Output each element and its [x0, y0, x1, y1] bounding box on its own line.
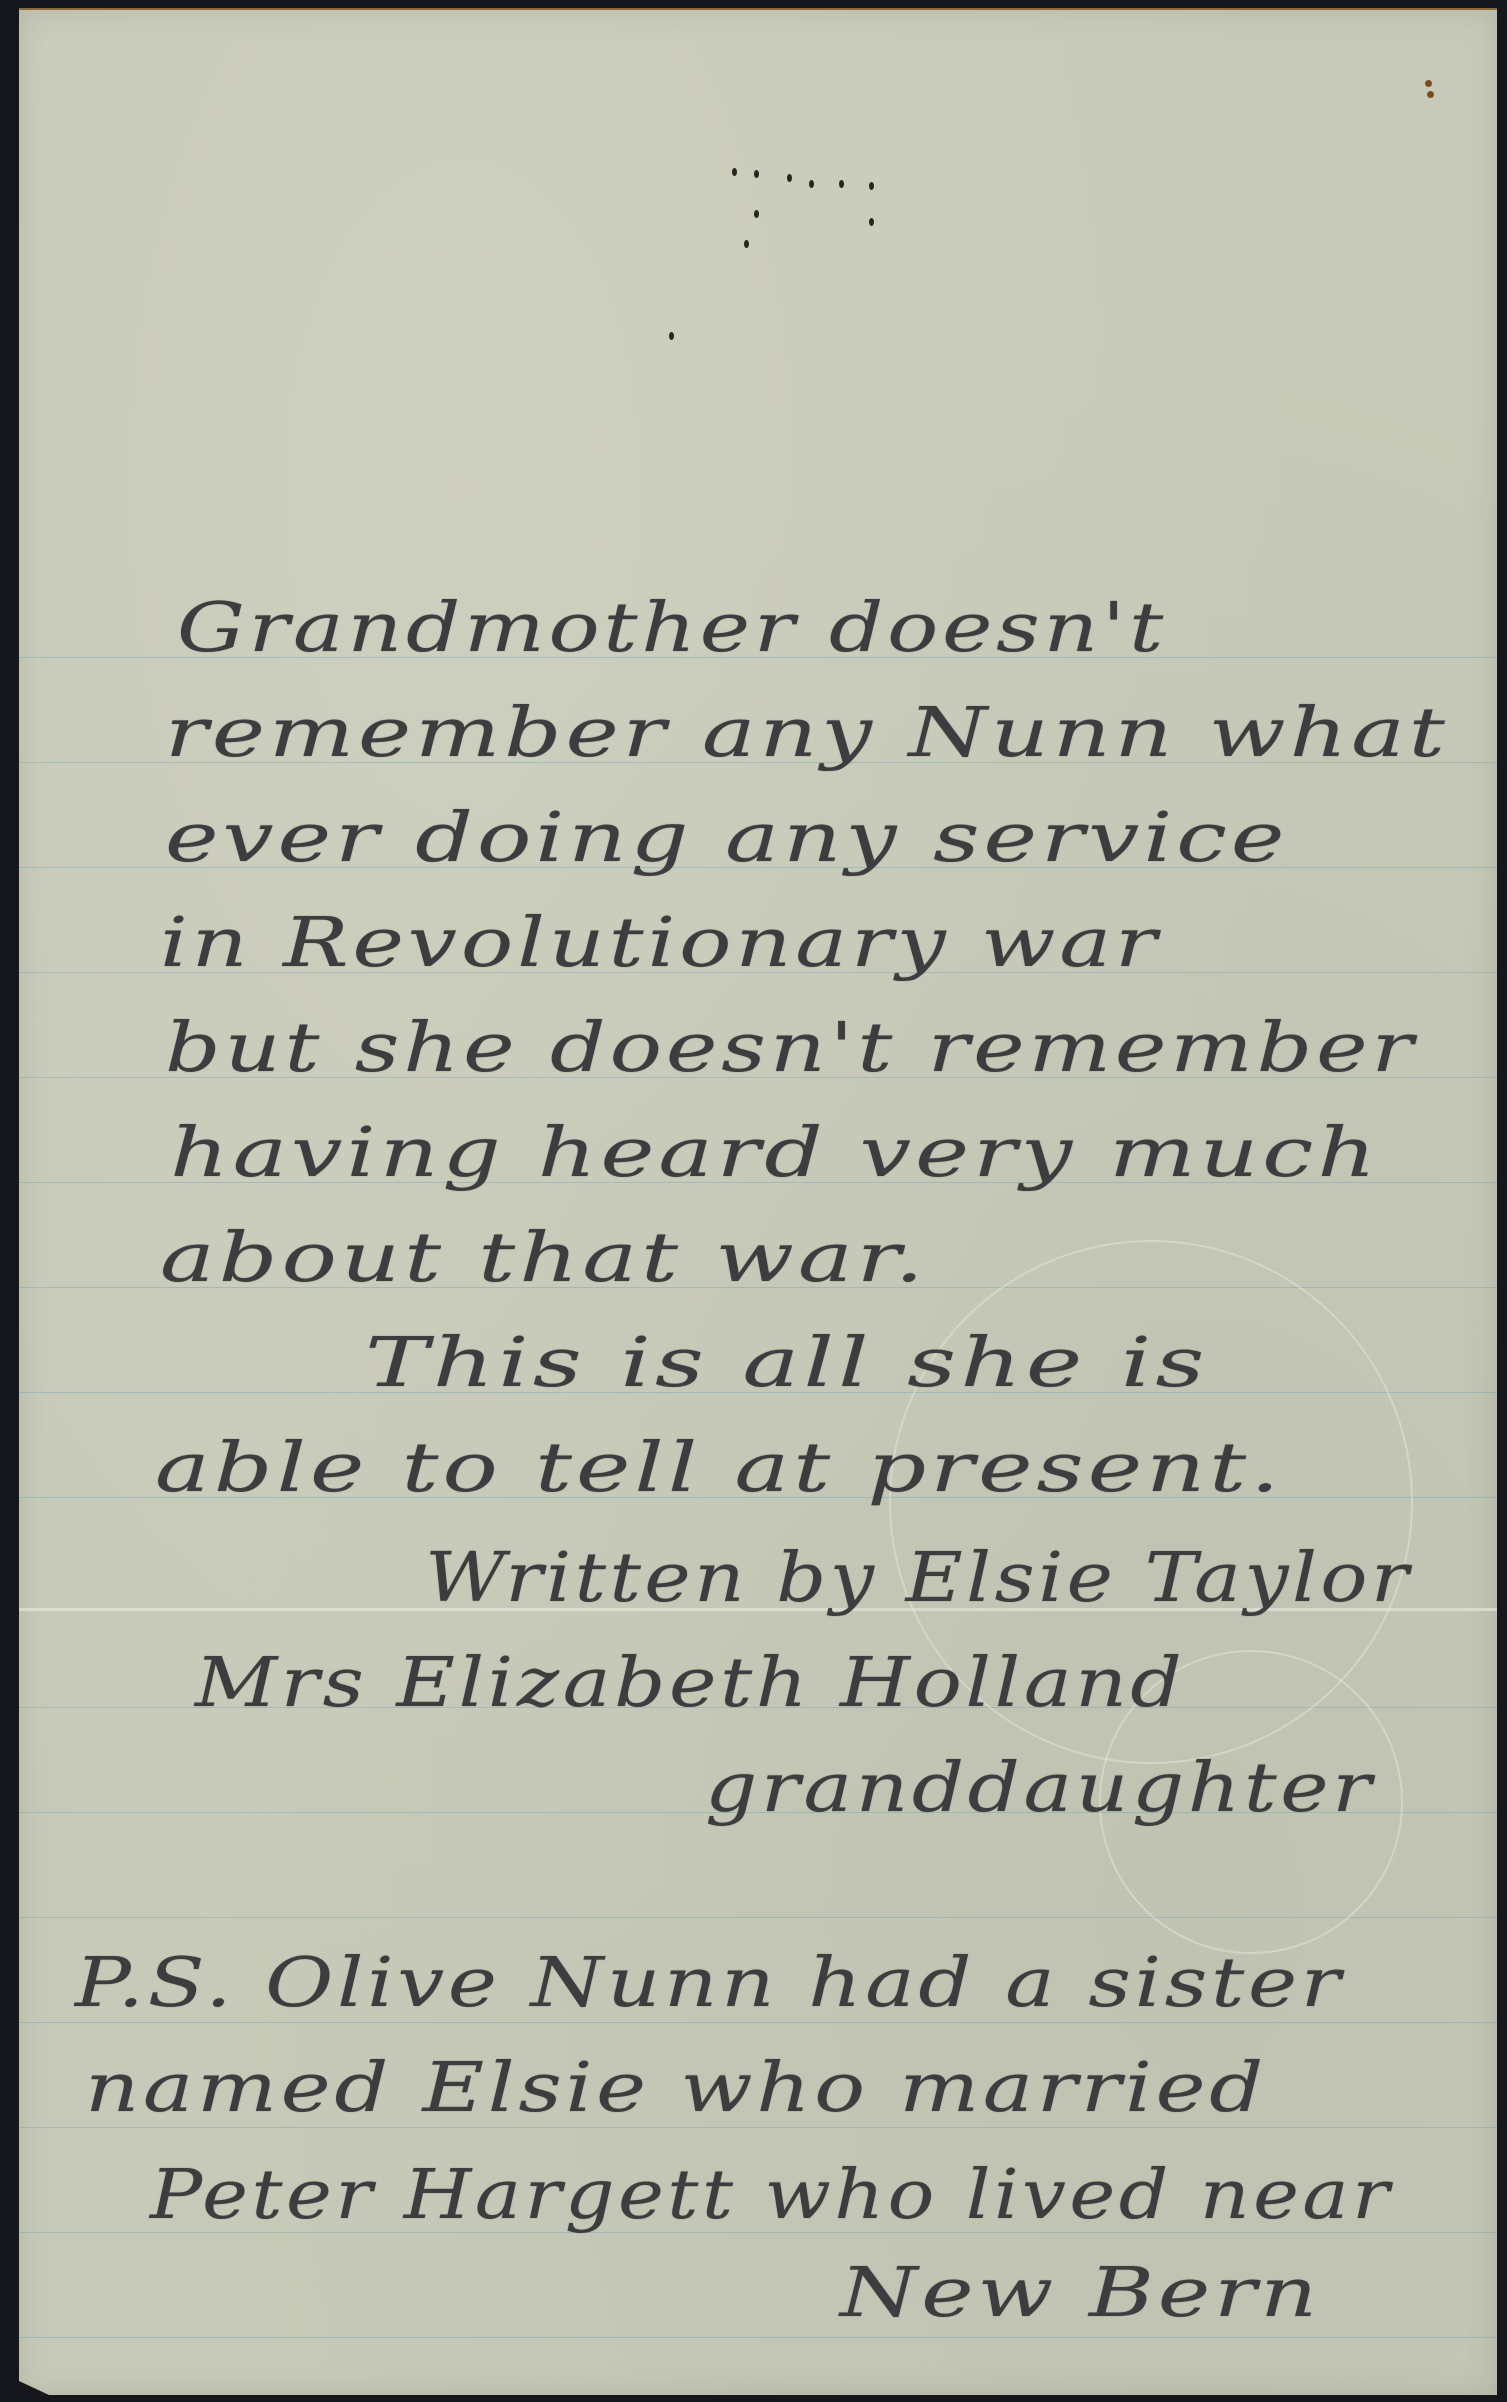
pinhole-mark [787, 174, 792, 182]
letter-line: having heard very much [170, 1120, 1380, 1188]
rust-spot [1425, 80, 1432, 87]
postscript-line: New Bern [840, 2260, 1321, 2328]
relation-name-line: Mrs Elizabeth Holland [195, 1650, 1185, 1718]
pinhole-mark [869, 218, 874, 226]
pinhole-mark [869, 182, 874, 190]
pinhole-mark [669, 332, 674, 340]
relation-line: granddaughter [705, 1755, 1375, 1823]
pinhole-mark [732, 168, 737, 176]
postscript-line: Peter Hargett who lived near [150, 2162, 1393, 2230]
letter-page: Grandmother doesn't remember any Nunn wh… [19, 8, 1497, 2395]
letter-line: ever doing any service [165, 805, 1288, 873]
letter-line: Grandmother doesn't [177, 595, 1167, 663]
rust-spot [1427, 91, 1434, 98]
pinhole-mark [754, 210, 759, 218]
postscript-line: P.S. Olive Nunn had a sister [75, 1950, 1344, 2018]
letter-line: remember any Nunn what [165, 700, 1449, 768]
letter-line: able to tell at present. [155, 1435, 1283, 1503]
ruled-line [19, 2337, 1497, 2338]
letter-line: in Revolutionary war [160, 910, 1161, 978]
pinhole-mark [809, 180, 814, 188]
pinhole-mark [839, 180, 844, 188]
pinhole-mark [754, 170, 759, 178]
postscript-line: named Elsie who married [85, 2055, 1267, 2123]
written-by-line: Written by Elsie Taylor [425, 1545, 1412, 1613]
letter-line: but she doesn't remember [165, 1015, 1417, 1083]
letter-line: about that war. [160, 1225, 928, 1293]
letter-line: This is all she is [365, 1330, 1209, 1398]
pinhole-mark [744, 240, 749, 248]
